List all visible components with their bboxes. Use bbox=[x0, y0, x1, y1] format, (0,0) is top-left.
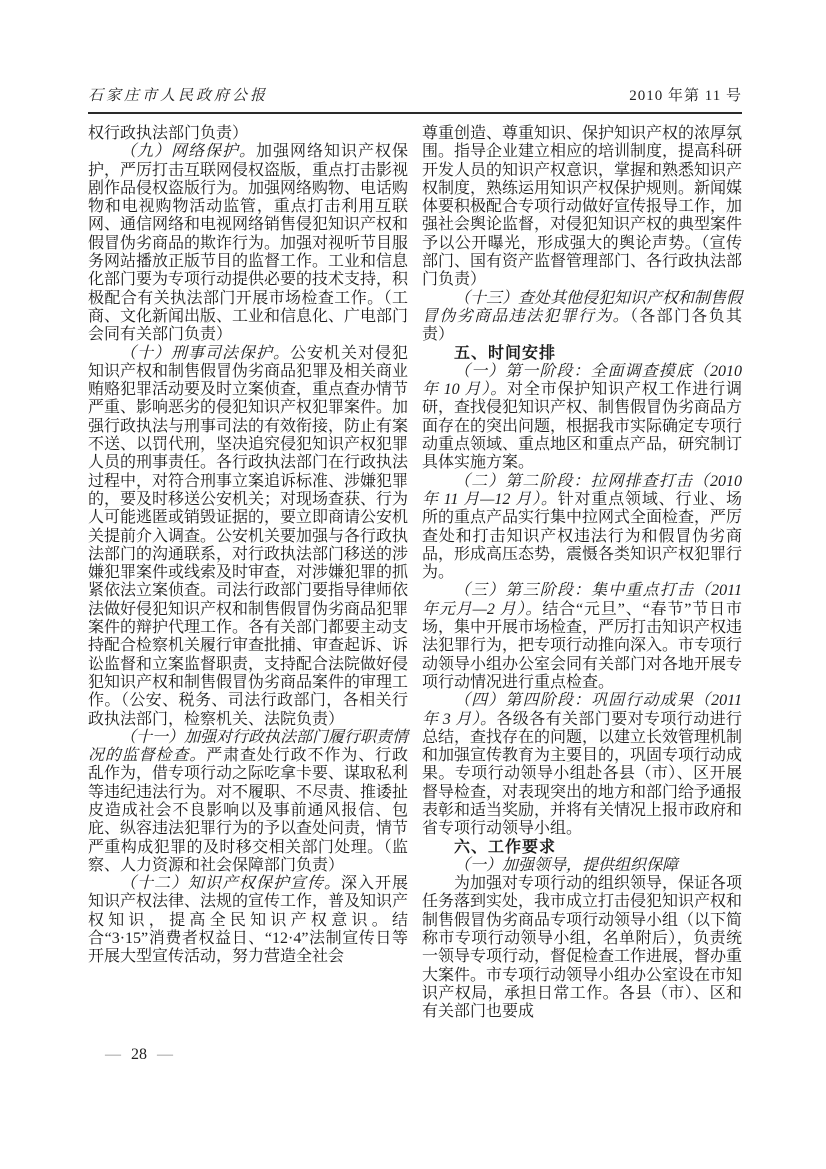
page-number: 28 bbox=[131, 1046, 147, 1063]
body-columns: 权行政执法部门负责） （九）网络保护。加强网络知识产权保护，严厉打击互联网侵权盗… bbox=[88, 125, 742, 1022]
item-10-lead: （十）刑事司法保护。 bbox=[120, 345, 290, 362]
left-column: 权行政执法部门负责） （九）网络保护。加强网络知识产权保护，严厉打击互联网侵权盗… bbox=[88, 125, 408, 1022]
gazette-page: 石家庄市人民政府公报 2010 年第 11 号 权行政执法部门负责） （九）网络… bbox=[0, 0, 826, 1169]
item-12-lead: （十二）知识产权保护宣传。 bbox=[120, 875, 341, 892]
para-item-11: （十一）加强对行政执法部门履行职责情况的监督检查。严肃查处行政不作为、行政乱作为… bbox=[88, 729, 408, 875]
para-phase-4: （四）第四阶段：巩固行动成果（2011 年 3 月）。各级各有关部门要对专项行动… bbox=[422, 692, 742, 838]
page-header: 石家庄市人民政府公报 2010 年第 11 号 bbox=[88, 84, 742, 114]
para-item-12: （十二）知识产权保护宣传。深入开展知识产权法律、法规的宣传工作，普及知识产权知识… bbox=[88, 875, 408, 966]
para-item-10: （十）刑事司法保护。公安机关对侵犯知识产权和制售假冒伪劣商品犯罪及相关商业贿赂犯… bbox=[88, 345, 408, 729]
phase-4-body: 各级各有关部门要对专项行动进行总结，查找存在的问题，以建立长效管理机制和加强宣传… bbox=[422, 711, 742, 838]
item-9-lead: （九）网络保护。 bbox=[120, 143, 256, 160]
section-6-heading: 六、工作要求 bbox=[422, 839, 742, 857]
page-footer: —28— bbox=[95, 1046, 183, 1064]
para-item-13: （十三）查处其他侵犯知识产权和制售假冒伪劣商品违法犯罪行为。（各部门各负其责） bbox=[422, 290, 742, 345]
para-phase-3: （三）第三阶段：集中重点打击（2011 年元月—2 月）。结合“元旦”、“春节”… bbox=[422, 582, 742, 692]
requirement-1-body: 为加强对专项行动的组织领导，保证各项任务落到实处，我市成立打击侵犯知识产权和制售… bbox=[422, 875, 742, 1021]
item-10-body: 公安机关对侵犯知识产权和制售假冒伪劣商品犯罪及相关商业贿赂犯罪活动要及时立案侦查… bbox=[88, 345, 408, 728]
para-continuation: 权行政执法部门负责） bbox=[88, 125, 408, 143]
issue-number: 2010 年第 11 号 bbox=[629, 84, 742, 105]
para-phase-1: （一）第一阶段：全面调查摸底（2010 年 10 月）。对全市保护知识产权工作进… bbox=[422, 363, 742, 473]
section-5-heading: 五、时间安排 bbox=[422, 345, 742, 363]
item-9-body: 加强网络知识产权保护，严厉打击互联网侵权盗版，重点打击影视剧作品侵权盗版行为。加… bbox=[88, 143, 408, 343]
requirement-1-heading: （一）加强领导，提供组织保障 bbox=[422, 857, 742, 875]
footer-right-dash: — bbox=[147, 1046, 183, 1063]
item-11-body: 严肃查处行政不作为、行政乱作为，借专项行动之际吃拿卡要、谋取私利等违纪违法行为。… bbox=[88, 747, 408, 874]
para-continuation: 尊重创造、尊重知识、保护知识产权的浓厚氛围。指导企业建立相应的培训制度，提高科研… bbox=[422, 125, 742, 290]
right-column: 尊重创造、尊重知识、保护知识产权的浓厚氛围。指导企业建立相应的培训制度，提高科研… bbox=[422, 125, 742, 1022]
footer-left-dash: — bbox=[95, 1046, 131, 1063]
para-phase-2: （二）第二阶段：拉网排查打击（2010 年 11 月—12 月）。针对重点领域、… bbox=[422, 473, 742, 583]
gazette-title: 石家庄市人民政府公报 bbox=[88, 84, 268, 105]
para-item-9: （九）网络保护。加强网络知识产权保护，严厉打击互联网侵权盗版，重点打击影视剧作品… bbox=[88, 143, 408, 344]
